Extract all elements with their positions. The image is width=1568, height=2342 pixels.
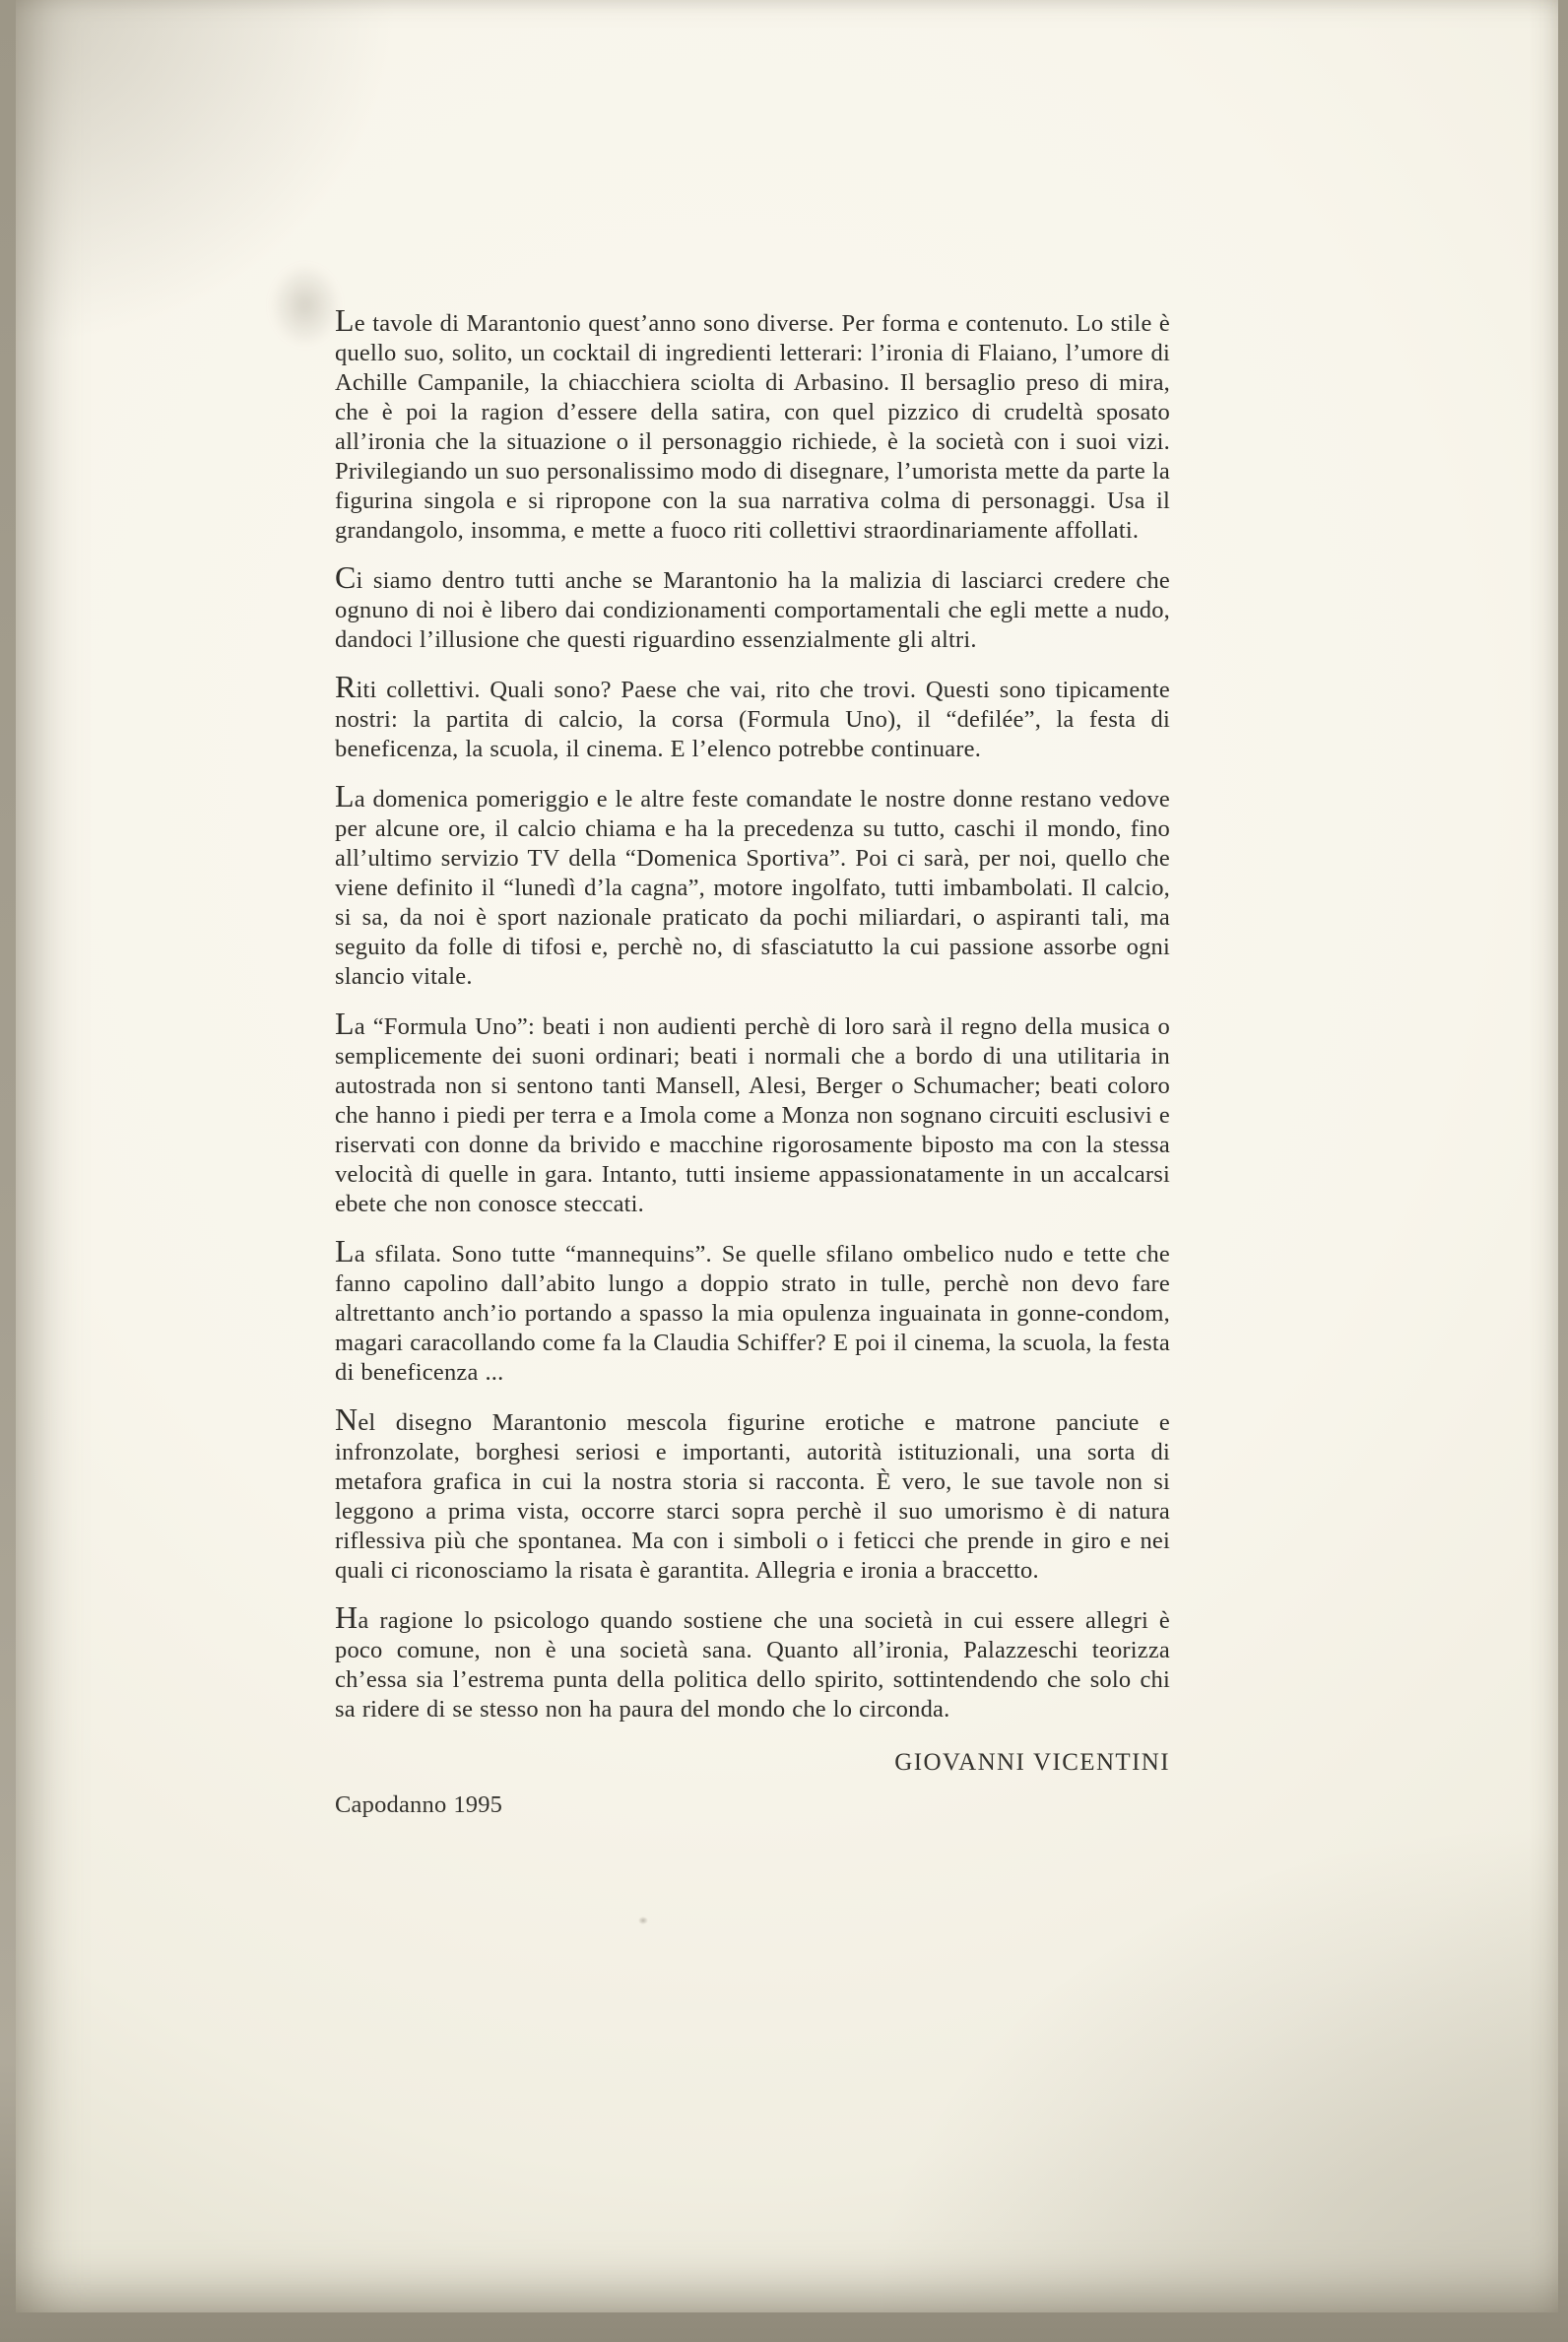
paragraph-2: Ci siamo dentro tutti anche se Marantoni… bbox=[335, 566, 1170, 655]
book-page: Le tavole di Marantonio quest’anno sono … bbox=[16, 0, 1558, 2312]
paragraph-3: Riti collettivi. Quali sono? Paese che v… bbox=[335, 676, 1170, 764]
date-line: Capodanno 1995 bbox=[335, 1790, 1170, 1820]
paragraph-4: La domenica pomeriggio e le altre feste … bbox=[335, 785, 1170, 992]
paper-smudge bbox=[270, 264, 341, 347]
photo-backdrop: { "document": { "paragraphs": [ "Le tavo… bbox=[0, 0, 1568, 2342]
text-column: Le tavole di Marantonio quest’anno sono … bbox=[335, 309, 1170, 1820]
paragraph-1: Le tavole di Marantonio quest’anno sono … bbox=[335, 309, 1170, 546]
author-signature: GIOVANNI VICENTINI bbox=[335, 1748, 1170, 1778]
bottom-right-shadow bbox=[869, 1820, 1558, 2312]
paragraph-5: La “Formula Uno”: beati i non audienti p… bbox=[335, 1012, 1170, 1219]
paragraph-6: La sfilata. Sono tutte “mannequins”. Se … bbox=[335, 1240, 1170, 1388]
paragraph-8: Ha ragione lo psicologo quando sostiene … bbox=[335, 1606, 1170, 1724]
paragraph-7: Nel disegno Marantonio mescola figurine … bbox=[335, 1408, 1170, 1586]
paper-speck bbox=[638, 1917, 648, 1924]
